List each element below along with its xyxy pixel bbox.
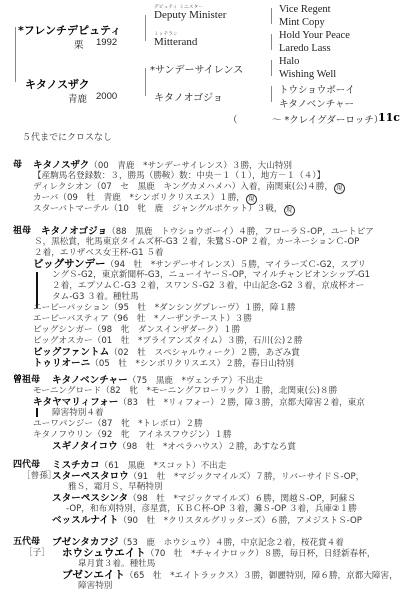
fourth-dam-horse-name: ミスチカコ [52, 460, 100, 471]
offspring-row: ビッグオスカー（01 牡 *ブライアンズタイム）３勝，石川(公)２勝 [33, 336, 302, 348]
fourth-dam-label: 四代母 [13, 460, 40, 472]
sire-dam-name: Mitterand [154, 36, 197, 48]
offspring-detail-line: 障害特別４着 [52, 408, 104, 420]
descendant-name: ホウシュウエイト [62, 547, 146, 559]
gen3-vice-regent: Vice Regent [279, 4, 331, 15]
dam-name: キタノスザク [25, 76, 89, 92]
descendant-detail: （70 牡 *チャイナロック）８勝，毎日杯，日経新春杯， [146, 549, 376, 559]
descendant-detail: （65 牡 *エイトラックス）３勝，御麗特別，障６勝，京都大障害， [125, 571, 398, 581]
offspring-detail: （05 牡 *シンボリクリスエス）２勝，春日山特別 [90, 359, 294, 369]
offspring-bold-name: トゥリオーニ [33, 358, 90, 369]
great-granddam-label: 曾祖母 [13, 375, 40, 387]
granddam-label: 祖母 [13, 226, 31, 238]
offspring-row: ユーワパンジー（87 牝 *トレボロ）２勝 [33, 419, 203, 431]
dam-label: 母 [13, 160, 22, 172]
descendant-detail: （98 牡 *マジックマイルズ）６勝，関越Ｓ-OP，阿蘇Ｓ [128, 494, 356, 504]
family-line: ～ *クレイグダーロッチ） [272, 112, 383, 126]
fifth-dam-label: 五代母 [13, 537, 40, 549]
bracket-gen1 [15, 27, 16, 82]
bracket-gen3-1 [271, 8, 272, 24]
descendant-name: スターペスシンタ [52, 493, 128, 504]
granddam-detail: （88 黒鹿 トウショウボーイ）４勝，フローラＳ-OP，ユートピア [107, 227, 374, 237]
sire-name: *フレンチデピュティ [18, 22, 121, 38]
big-sunday-detail-line: タム-G3 ３着。種牡馬 [52, 292, 139, 304]
cross-note: ５代までにクロスなし [22, 130, 112, 143]
dam-color: 青鹿 [68, 91, 87, 105]
descendant-detail: （90 牡 *クリスタルグリッターズ）６勝，アメジストＳ-OP [118, 516, 361, 526]
bracket-gen2-sire [145, 15, 146, 41]
gen3-laredo-lass: Laredo Lass [279, 43, 331, 54]
bracket-gen3-4 [271, 86, 272, 102]
bracket-gen2-dam [145, 68, 146, 96]
grand-offspring-row: スギノタイコウ（98 牡 *オペラハウス）２勝，あすなろ賞 [52, 441, 296, 454]
dam-sire-name: *サンデーサイレンス [150, 61, 243, 76]
offspring-row: ビッグシンガー（98 牝 ダンスインザダーク）１勝 [33, 325, 240, 337]
offspring-text: カーバ（09 牡 青鹿 *シンボリクリスエス）１勝， [33, 193, 245, 203]
gen3-toushou-boy: トウショウボーイ [279, 82, 355, 96]
offspring-row-bold: トゥリオーニ（05 牡 *シンボリクリスエス）２勝，春日山特別 [33, 358, 294, 371]
fifth-dam-detail: （53 鹿 ホウシュウ）４勝，中京記念２着，桜花賞４着 [118, 538, 344, 548]
big-sunday-detail-line: ２着，エプソムＣ-G3 ２着，スワンＳ-G2 ３着，中山記念-G2 ３着，京成杯… [52, 281, 364, 293]
offspring-detail: （98 牡 *オペラハウス）２勝，あすなろ賞 [118, 442, 296, 452]
big-sunday-detail: （94 牡 *サンデーサイレンス）５勝，マイラーズＣ-G2，スプリ [106, 260, 366, 270]
offspring-row: エーピーバスティア（96 牡 *ノーザンテースト）３勝 [33, 314, 252, 326]
sire-year: 1992 [96, 37, 117, 48]
bracket-gen3-3 [271, 60, 272, 76]
offspring-text: ディレクシオン（07 セ 黒鹿 キングカメハメハ）入着，南関東(公)４勝， [33, 182, 333, 192]
offspring-row: エーピーパッション（95 牡 *ダンシングブレーヴ）１勝，障１勝 [33, 303, 296, 315]
offspring-row: スターバトマーテル（10 牝 鹿 ジャングルポケット）３戦，現 [33, 204, 295, 216]
offspring-bold-name: キタヤマリィフォー [33, 397, 118, 408]
great-granddam-horse-name: キタノベンチャー [52, 375, 128, 386]
big-sunday-name: ビッグサンデー [33, 258, 106, 270]
gen3-mint-copy: Mint Copy [279, 17, 325, 28]
gen3-wishing-well: Wishing Well [279, 69, 336, 80]
descendant-name: スターペスタロウ [52, 471, 129, 482]
descendant-row: ベッスルナイト（90 牡 *クリスタルグリッターズ）６勝，アメジストＳ-OP [52, 515, 362, 528]
descendant-detail-line: 雅Ｓ，霜月Ｓ，早鞆特別 [68, 482, 163, 494]
offspring-bold-name: ビッグファントム [33, 347, 109, 358]
dam-detail: （00 青鹿 *サンデーサイレンス）３勝，大山特別 [89, 161, 292, 171]
offspring-bold-name: スギノタイコウ [52, 441, 118, 452]
family-paren: （ [228, 112, 238, 126]
sire-sire-name: Deputy Minister [154, 9, 226, 21]
offspring-row: キタノフウリン（92 牝 アイネスフウジン）１勝 [33, 430, 232, 442]
descendant-detail-line: 障害特別 [78, 581, 112, 593]
relation-label: ［子］ [24, 548, 50, 560]
active-mark-icon: 現 [284, 205, 295, 216]
descendant-detail-line: -OP，和布刈特別，彦星賞，ＫＢＣ杯-OP ３着，灘Ｓ-OP ３着，兵庫②１勝 [66, 504, 357, 516]
dam-stats: 【産駒馬名登録数：３，勝馬（勝鞍）数：中央－１（１），地方－１（４）】 [33, 171, 325, 183]
big-sunday-detail-line: ングＳ-G2，東京新聞杯-G3，ニューイヤーＳ-OP，マイルチャンピオンシップ-… [52, 270, 370, 282]
descendant-detail: （91 牡 *マジックマイルズ）７勝，リバーサイドＳ-OP， [129, 472, 364, 482]
dam-dam-name: キタノオゴジョ [154, 89, 223, 104]
gen3-kitano-venture: キタノベンチャー [279, 96, 354, 110]
family-number: 11c [378, 111, 400, 124]
offspring-text: スターバトマーテル（10 牝 鹿 ジャングルポケット）３戦， [33, 204, 283, 214]
active-mark-icon: 現 [334, 183, 345, 194]
dam-year: 2000 [96, 91, 117, 102]
descendant-bracket [36, 408, 38, 417]
descendant-name: ブゼンエイト [62, 569, 125, 581]
bracket-gen3-2 [271, 34, 272, 50]
granddam-horse-name: キタノオゴジョ [41, 226, 107, 237]
gen3-hold-your-peace: Hold Your Peace [279, 30, 350, 41]
gen3-halo: Halo [279, 56, 299, 67]
great-granddam-detail: （75 黒鹿 *ヴェンチア）不出走 [128, 376, 263, 386]
offspring-detail: （83 牡 *リィフォー）２勝，障３勝，京都大障害２着，東京 [118, 398, 365, 408]
fourth-dam-detail: （61 黒鹿 *スコット）不出走 [100, 461, 227, 471]
descendant-name: ベッスルナイト [52, 515, 118, 526]
dam-horse-name: キタノスザク [33, 160, 89, 171]
offspring-detail: （02 牡 スペシャルウィーク）２勝，あざみ賞 [109, 348, 300, 358]
offspring-row: モーニングロード（82 牝 *モーニングフローリック）１勝，北関東(公)８勝 [33, 386, 337, 398]
sire-color: 栗 [74, 37, 84, 51]
granddam-detail-line: Ｓ，黒松賞，牝馬東京タイムズ杯-G3 ２着，朱鷺Ｓ-OP ２着，カーネーションＣ… [34, 237, 359, 249]
